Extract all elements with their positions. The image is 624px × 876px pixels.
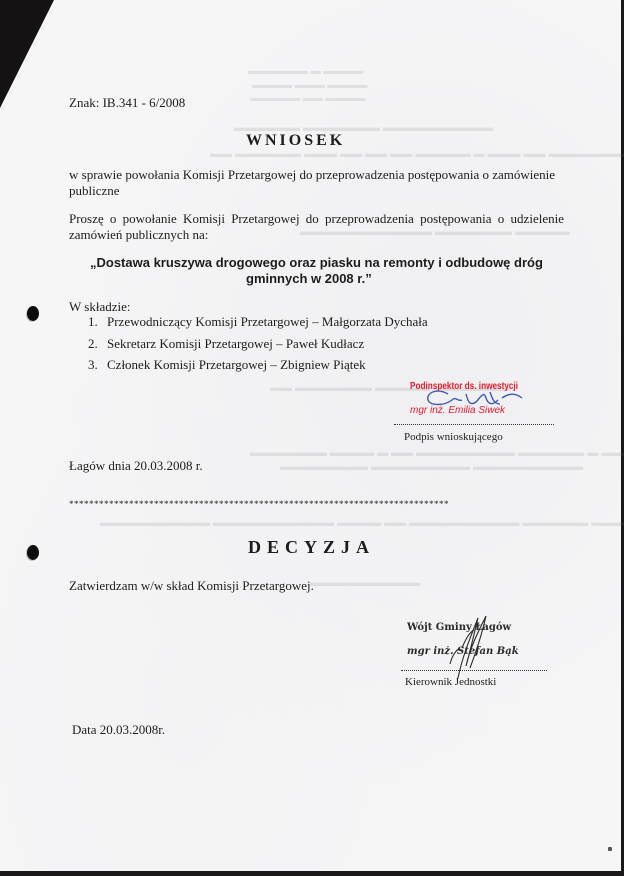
composition-label: W składzie:: [69, 299, 131, 314]
request-subject-cont: publiczne: [69, 183, 120, 198]
bleed-through: ▬▬▬▬▬ ▬▬ ▬▬▬▬: [250, 93, 366, 104]
punch-hole: [27, 306, 39, 321]
scan-speck: [608, 847, 612, 851]
punch-hole: [27, 545, 39, 560]
bleed-through: ▬▬▬▬▬▬▬▬▬▬ ▬▬▬▬▬▬▬▬▬▬▬ ▬▬▬▬ ▬▬ ▬▬▬▬▬▬▬▬▬…: [100, 517, 624, 529]
request-body-cont: zamówień publicznych na:: [69, 227, 208, 242]
scanned-page: ▬▬▬▬▬▬ ▬ ▬▬▬▬ ▬▬▬▬ ▬▬▬ ▬▬▬▬ ▬▬▬▬▬ ▬▬ ▬▬▬…: [0, 0, 621, 871]
request-subject: w sprawie powołania Komisji Przetargowej…: [69, 167, 555, 182]
member-text: Sekretarz Komisji Przetargowej – Paweł K…: [107, 336, 364, 351]
signature-caption: Kierownik Jednostki: [405, 675, 496, 690]
reference-number: Znak: IB.341 - 6/2008: [69, 95, 185, 110]
signature-caption: Podpis wnioskującego: [404, 430, 503, 445]
signature-line: [401, 670, 547, 671]
bleed-through: ▬▬▬▬▬▬ ▬ ▬▬▬▬: [248, 66, 364, 77]
stamp-name: mgr inż. Emilia Siwek: [410, 405, 505, 416]
member-number: 2.: [88, 336, 98, 351]
decision-date: Data 20.03.2008r.: [72, 722, 165, 737]
request-body: Proszę o powołanie Komisji Przetargowej …: [69, 211, 564, 226]
signature-line: [394, 424, 554, 425]
bleed-through: ▬▬▬▬ ▬▬▬ ▬▬▬▬: [252, 80, 368, 91]
contract-title: „Dostawa kruszywa drogowego oraz piasku …: [90, 255, 543, 270]
separator: ****************************************…: [69, 497, 569, 512]
decision-body: Zatwierdzam w/w skład Komisji Przetargow…: [69, 578, 314, 593]
member-text: Przewodniczący Komisji Przetargowej – Ma…: [107, 314, 428, 329]
member-text: Członek Komisji Przetargowej – Zbigniew …: [107, 357, 366, 372]
decision-heading: DECYZJA: [248, 537, 375, 558]
bleed-through: ▬▬▬▬▬▬▬▬▬▬▬▬ ▬▬▬▬▬▬▬ ▬▬▬▬▬: [300, 226, 570, 238]
place-date: Łagów dnia 20.03.2008 r.: [69, 458, 203, 473]
bleed-through: ▬▬▬▬▬▬▬▬▬▬: [310, 577, 420, 589]
bleed-through: ▬▬▬▬▬▬▬ ▬▬▬▬ ▬ ▬▬ ▬▬▬▬▬▬▬▬▬ ▬▬▬▬▬▬ ▬ ▬▬▬…: [250, 447, 624, 459]
member-number: 3.: [88, 357, 98, 372]
member-number: 1.: [88, 314, 98, 329]
bleed-through: ▬▬▬▬▬▬▬▬ ▬▬▬▬▬▬▬▬▬ ▬▬▬▬▬▬▬▬▬▬: [280, 461, 583, 473]
request-heading: WNIOSEK: [246, 132, 345, 150]
folded-corner: [0, 0, 54, 108]
contract-title-cont: gminnych w 2008 r.”: [246, 271, 372, 286]
